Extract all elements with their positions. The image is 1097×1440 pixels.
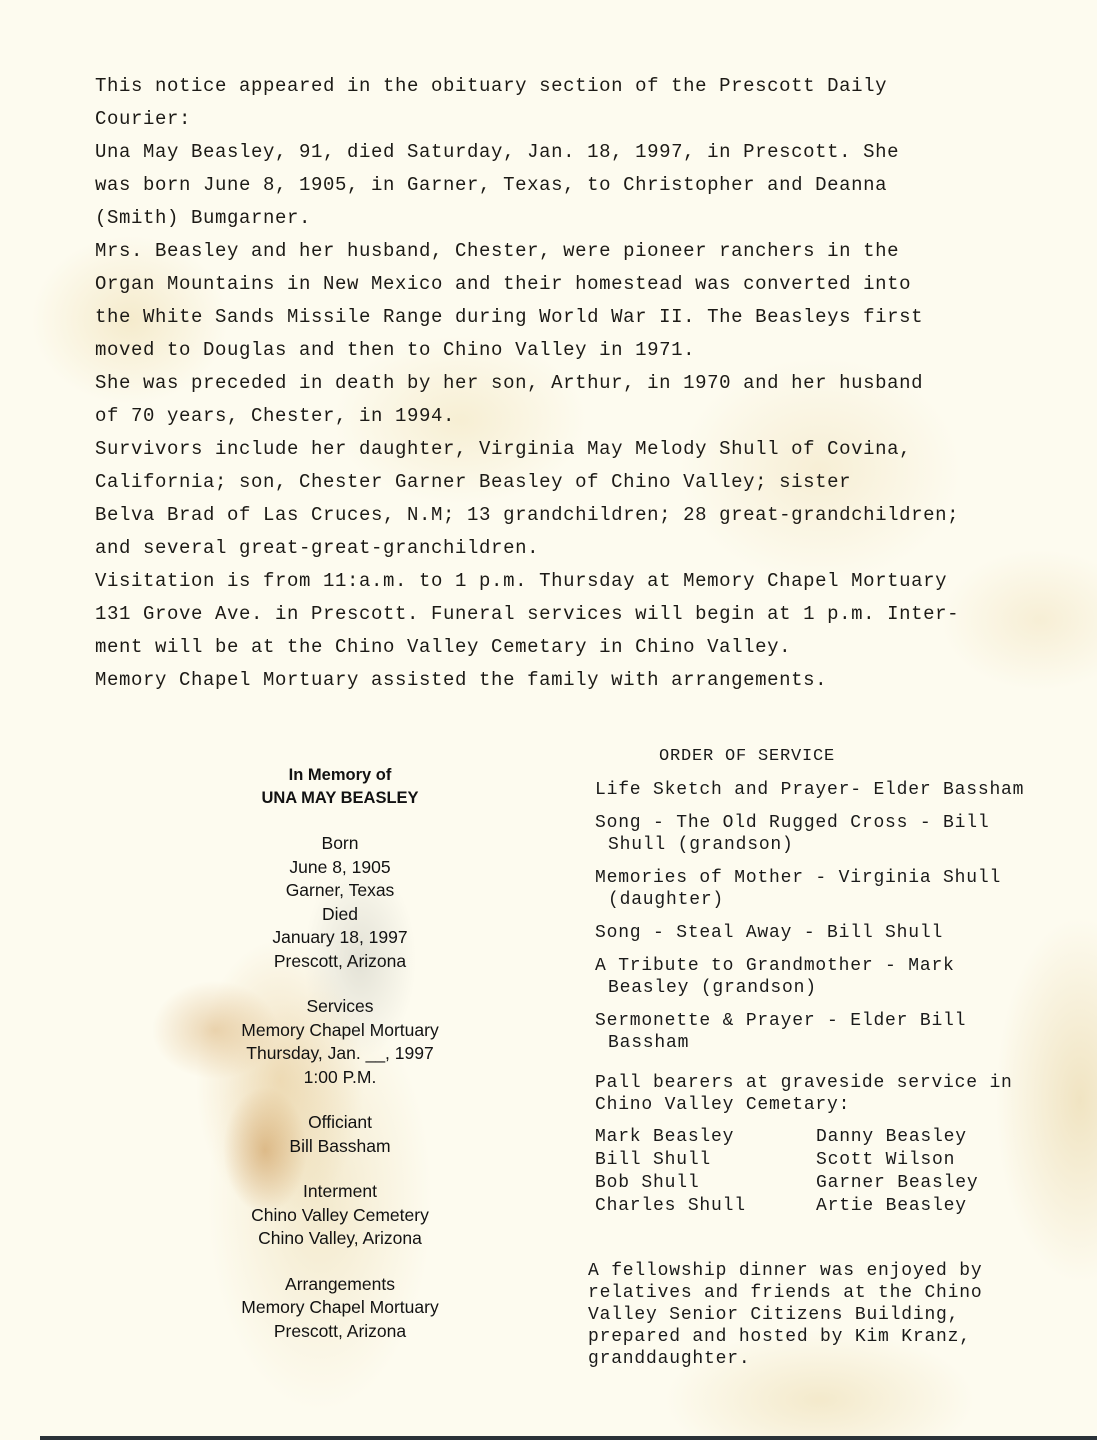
- born-date: June 8, 1905: [190, 856, 490, 880]
- notice-death-birth: Una May Beasley, 91, died Saturday, Jan.…: [95, 136, 1055, 235]
- service-item-text: Life Sketch and Prayer- Elder Bassham: [595, 780, 1024, 800]
- fellowship-dinner-note: A fellowship dinner was enjoyed by relat…: [588, 1260, 1068, 1370]
- pall-bearer: Bill Shull: [595, 1149, 816, 1172]
- notice-history: Mrs. Beasley and her husband, Chester, w…: [95, 235, 1055, 367]
- notice-survivors: Survivors include her daughter, Virginia…: [95, 433, 1055, 565]
- notice-preceded: She was preceded in death by her son, Ar…: [95, 367, 1055, 433]
- notice-arrangements: Memory Chapel Mortuary assisted the fami…: [95, 664, 1055, 697]
- services-place: Memory Chapel Mortuary: [190, 1019, 490, 1043]
- service-item: Song - Steal Away - Bill Shull: [595, 922, 1085, 944]
- died-place: Prescott, Arizona: [190, 950, 490, 974]
- interment-location: Chino Valley, Arizona: [190, 1227, 490, 1251]
- service-item-continuation: Beasley (grandson): [595, 977, 1085, 999]
- memorial-title: In Memory of UNA MAY BEASLEY: [190, 764, 490, 810]
- obituary-notice: This notice appeared in the obituary sec…: [95, 70, 1055, 697]
- services-date: Thursday, Jan. __, 1997: [190, 1042, 490, 1066]
- service-item-text: Sermonette & Prayer - Elder Bill: [595, 1011, 966, 1031]
- pall-bearers-intro: Pall bearers at graveside service in Chi…: [595, 1072, 1085, 1116]
- order-of-service: ORDER OF SERVICE Life Sketch and Prayer-…: [595, 746, 1085, 1218]
- memorial-card: In Memory of UNA MAY BEASLEY Born June 8…: [190, 764, 490, 1343]
- service-item: Song - The Old Rugged Cross - Bill Shull…: [595, 812, 1085, 856]
- officiant-label: Officiant: [190, 1111, 490, 1135]
- memorial-name: UNA MAY BEASLEY: [190, 787, 490, 810]
- pall-bearer: Garner Beasley: [816, 1172, 1036, 1195]
- arrangements-place: Memory Chapel Mortuary: [190, 1296, 490, 1320]
- service-item-text: Memories of Mother - Virginia Shull: [595, 868, 1001, 888]
- service-item: Sermonette & Prayer - Elder Bill Bassham: [595, 1010, 1085, 1054]
- pall-bearer: Artie Beasley: [816, 1195, 1036, 1218]
- service-item-continuation: Bassham: [595, 1032, 1085, 1054]
- service-item-text: Song - Steal Away - Bill Shull: [595, 923, 943, 943]
- interment-label: Interment: [190, 1180, 490, 1204]
- arrangements-location: Prescott, Arizona: [190, 1320, 490, 1344]
- order-heading: ORDER OF SERVICE: [595, 746, 1085, 768]
- arrangements-label: Arrangements: [190, 1273, 490, 1297]
- pall-bearer: Charles Shull: [595, 1195, 816, 1218]
- service-item-text: A Tribute to Grandmother - Mark: [595, 956, 955, 976]
- memorial-born-died: Born June 8, 1905 Garner, Texas Died Jan…: [190, 832, 490, 973]
- born-place: Garner, Texas: [190, 879, 490, 903]
- service-item: Life Sketch and Prayer- Elder Bassham: [595, 779, 1085, 801]
- notice-visitation: Visitation is from 11:a.m. to 1 p.m. Thu…: [95, 565, 1055, 664]
- pall-bearer: Bob Shull: [595, 1172, 816, 1195]
- memorial-services: Services Memory Chapel Mortuary Thursday…: [190, 995, 490, 1089]
- pall-bearer: Mark Beasley: [595, 1126, 816, 1149]
- notice-intro: This notice appeared in the obituary sec…: [95, 70, 1055, 136]
- pall-bearer: Danny Beasley: [816, 1126, 1036, 1149]
- service-item-continuation: (daughter): [595, 889, 1085, 911]
- service-item-text: Song - The Old Rugged Cross - Bill: [595, 813, 989, 833]
- pall-bearers-list: Mark Beasley Danny Beasley Bill Shull Sc…: [595, 1126, 1085, 1218]
- service-item: A Tribute to Grandmother - Mark Beasley …: [595, 955, 1085, 999]
- memorial-officiant: Officiant Bill Bassham: [190, 1111, 490, 1158]
- services-time: 1:00 P.M.: [190, 1066, 490, 1090]
- died-label: Died: [190, 903, 490, 927]
- interment-place: Chino Valley Cemetery: [190, 1204, 490, 1228]
- died-date: January 18, 1997: [190, 926, 490, 950]
- pall-bearer: Scott Wilson: [816, 1149, 1036, 1172]
- service-item-continuation: Shull (grandson): [595, 834, 1085, 856]
- officiant-name: Bill Bassham: [190, 1135, 490, 1159]
- born-label: Born: [190, 832, 490, 856]
- scan-bottom-edge: [40, 1436, 1097, 1440]
- services-label: Services: [190, 995, 490, 1019]
- service-item: Memories of Mother - Virginia Shull (dau…: [595, 867, 1085, 911]
- memorial-title-line1: In Memory of: [190, 764, 490, 787]
- memorial-interment: Interment Chino Valley Cemetery Chino Va…: [190, 1180, 490, 1251]
- memorial-arrangements: Arrangements Memory Chapel Mortuary Pres…: [190, 1273, 490, 1344]
